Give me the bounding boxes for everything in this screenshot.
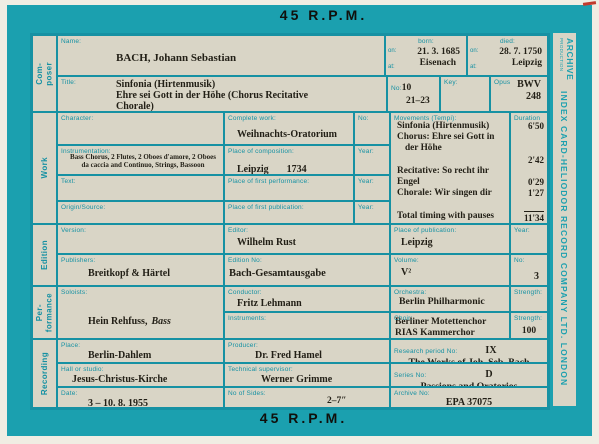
- instruments-label: Instruments:: [225, 313, 389, 323]
- technical-supervisor-value: Werner Grimme: [261, 374, 389, 385]
- no-of-sides-value: 2–7″: [327, 396, 389, 407]
- place-of-publication-label: Place of publication:: [391, 225, 509, 235]
- field-version: Version:: [57, 224, 224, 254]
- origin-source-label: Origin/Source:: [58, 202, 223, 212]
- title-label: Title:: [58, 77, 76, 87]
- composer-label-line2: poser: [45, 62, 55, 86]
- duration-row: 0'29: [511, 177, 544, 188]
- composer-section-label: Com- poser: [35, 62, 54, 86]
- soloist-name: Hein Rehfuss,: [88, 316, 147, 327]
- index-card: Com- poser Work Edition Per- formance Re…: [30, 33, 550, 410]
- opus-value-2: 248: [491, 91, 541, 102]
- field-complete-work: Complete work: Weihnachts-Oratorium: [224, 112, 354, 145]
- duration-row: [511, 166, 544, 177]
- died-at-label: at:: [470, 64, 477, 70]
- composer-label-line1: Com-: [35, 62, 45, 86]
- movement-row: Recitative: So recht ihr: [397, 166, 506, 177]
- field-place-of-composition: Place of composition: Leipzig 1734: [224, 145, 354, 175]
- archive-production-mark: ARCHIVE PRODUCTION: [558, 38, 575, 80]
- field-movements: Movements (Tempi): Sinfonia (Hirtenmusik…: [390, 112, 510, 224]
- key-label: Key:: [441, 77, 489, 87]
- choir-line-2: RIAS Kammerchor: [395, 328, 509, 339]
- performance-label-line1: Per-: [35, 293, 45, 332]
- section-edition: Edition: [32, 224, 57, 286]
- archive-index-card-page: 45 R.P.M. 45 R.P.M. Com- poser Work Edit…: [0, 0, 599, 444]
- field-opus: Opus BWV 248: [490, 76, 548, 112]
- performance-section-label: Per- formance: [35, 293, 54, 332]
- soloists-label: Soloists:: [58, 287, 87, 297]
- year-label-4: Year:: [511, 225, 547, 235]
- field-archive-no: Archive No: EPA 37075: [390, 387, 548, 408]
- field-character: Character:: [57, 112, 224, 145]
- complete-work-no-label: No:: [355, 113, 389, 123]
- conductor-value: Fritz Lehmann: [237, 298, 389, 309]
- recording-section-label: Recording: [40, 352, 50, 395]
- born-label: born:: [386, 36, 466, 46]
- field-conductor: Conductor: Fritz Lehmann: [224, 286, 390, 312]
- title-line-2: Ehre sei Gott in der Höhe (Chorus Recita…: [116, 90, 386, 101]
- edition-section-label: Edition: [40, 240, 50, 270]
- movement-row: Engel: [397, 177, 506, 188]
- field-year-1: Year:: [354, 145, 390, 175]
- field-research-period: Research period No: IX The Works of Joh.…: [390, 339, 548, 363]
- section-work: Work: [32, 112, 57, 224]
- research-period-label: Research period No:: [391, 346, 457, 356]
- orchestra-strength-label: Strength:: [511, 287, 547, 297]
- field-year-3: Year:: [354, 201, 390, 224]
- hall-studio-label: Hall or studio:: [58, 364, 223, 374]
- hall-studio-value: Jesus-Christus-Kirche: [72, 374, 223, 385]
- volume-label: Volume:: [391, 255, 509, 265]
- field-origin-source: Origin/Source:: [57, 201, 224, 224]
- field-place-of-publication: Place of publication: Leipzig: [390, 224, 510, 254]
- field-edition-no-right: No: 3: [510, 254, 548, 286]
- soloist-voice: Bass: [151, 316, 170, 327]
- born-at-label: at:: [388, 64, 395, 70]
- title-line-1: Sinfonia (Hirtenmusik): [116, 79, 386, 90]
- section-recording: Recording: [32, 339, 57, 408]
- publishers-label: Publishers:: [58, 255, 223, 265]
- rpm-label-top: 45 R.P.M.: [0, 7, 599, 23]
- died-label: died:: [468, 36, 547, 46]
- field-date: Date: 3 – 10. 8. 1955: [57, 387, 224, 408]
- work-no-value: 10: [402, 83, 412, 93]
- duration-row: 2'42: [511, 155, 544, 166]
- composition-year-value: 1734: [287, 164, 307, 175]
- orchestra-value: Berlin Philharmonic: [399, 297, 509, 308]
- producer-value: Dr. Fred Hamel: [255, 350, 389, 361]
- instrumentation-label: Instrumentation:: [58, 146, 111, 156]
- movements-label: Movements (Tempi):: [391, 113, 456, 123]
- place-of-publication-value: Leipzig: [401, 237, 509, 248]
- field-year-4: Year:: [510, 224, 548, 254]
- recording-place-label: Place:: [58, 340, 223, 350]
- recording-place-value: Berlin-Dahlem: [88, 350, 223, 361]
- movement-row: Chorale: Wir singen dir: [397, 188, 506, 199]
- producer-label: Producer:: [225, 340, 389, 350]
- field-choir: Choir: Berliner Motettenchor RIAS Kammer…: [390, 312, 510, 339]
- date-label: Date:: [58, 388, 223, 398]
- born-date: 21. 3. 1685: [386, 47, 460, 58]
- editor-value: Wilhelm Rust: [237, 237, 389, 248]
- technical-supervisor-label: Technical supervisor:: [225, 364, 389, 374]
- volume-value: V²: [401, 267, 509, 278]
- series-no: D: [485, 369, 492, 380]
- choir-strength-label: Strength:: [511, 313, 542, 323]
- field-choir-strength: Strength: 100: [510, 312, 548, 339]
- field-hall-studio: Hall or studio: Jesus-Christus-Kirche: [57, 363, 224, 387]
- year-label-2: Year:: [355, 176, 389, 186]
- complete-work-value: Weihnachts-Oratorium: [237, 129, 353, 140]
- year-label-3: Year:: [355, 202, 389, 212]
- movement-row: der Höhe: [397, 143, 506, 154]
- name-label: Name:: [58, 36, 384, 46]
- production-text: PRODUCTION: [558, 38, 565, 80]
- year-label-1: Year:: [355, 146, 389, 156]
- duration-row: [511, 143, 544, 154]
- place-of-composition-value: Leipzig: [237, 164, 269, 175]
- field-born: born: on: at: 21. 3. 1685 Eisenach: [385, 35, 467, 76]
- edition-right-no-label: No:: [511, 255, 547, 265]
- field-editor: Editor: Wilhelm Rust: [224, 224, 390, 254]
- field-work-no: No:10 21–23: [387, 76, 440, 112]
- field-key: Key:: [440, 76, 490, 112]
- field-edition-no: Edition No: Bach-Gesamtausgabe: [224, 254, 390, 286]
- edition-right-no-value: 3: [511, 271, 539, 282]
- field-first-performance: Place of first performance:: [224, 175, 354, 201]
- field-died: died: on: at: 28. 7. 1750 Leipzig: [467, 35, 548, 76]
- duration-row: 1'27: [511, 188, 544, 199]
- field-complete-work-no: No:: [354, 112, 390, 145]
- field-series: Series No: D Passions and Oratorios: [390, 363, 548, 387]
- field-no-of-sides: No of Sides: 2–7″: [224, 387, 390, 408]
- field-producer: Producer: Dr. Fred Hamel: [224, 339, 390, 363]
- field-duration: Duration 6'50 2'42 0'29 1'27 11'34: [510, 112, 548, 224]
- field-technical-supervisor: Technical supervisor: Werner Grimme: [224, 363, 390, 387]
- born-on-label: on:: [388, 48, 396, 54]
- field-soloists: Soloists: Hein Rehfuss, Bass: [57, 286, 224, 339]
- field-year-2: Year:: [354, 175, 390, 201]
- field-publishers: Publishers: Breitkopf & Härtel: [57, 254, 224, 286]
- composer-name: BACH, Johann Sebastian: [116, 52, 384, 64]
- opus-label: Opus: [491, 77, 510, 87]
- version-label: Version:: [58, 225, 223, 235]
- date-value: 3 – 10. 8. 1955: [88, 398, 223, 408]
- archive-no-value: EPA 37075: [391, 397, 547, 408]
- movement-row: [397, 155, 506, 166]
- right-edge-strip: ARCHIVE PRODUCTION INDEX CARD-HELIODOR R…: [553, 33, 576, 406]
- work-section-label: Work: [40, 157, 50, 178]
- title-line-3: Chorale): [116, 101, 386, 112]
- first-performance-label: Place of first performance:: [225, 176, 353, 186]
- movement-row: [397, 199, 506, 210]
- company-text: INDEX CARD-HELIODOR RECORD COMPANY LTD. …: [559, 91, 569, 386]
- archive-no-label: Archive No:: [391, 388, 430, 398]
- field-title: Title: Sinfonia (Hirtenmusik) Ehre sei G…: [57, 76, 387, 112]
- work-no-value-2: 21–23: [406, 96, 439, 107]
- duration-label: Duration: [511, 113, 540, 123]
- born-place: Eisenach: [386, 58, 456, 69]
- editor-label: Editor:: [225, 225, 389, 235]
- edition-no-label: Edition No:: [225, 255, 389, 265]
- field-name: Name: BACH, Johann Sebastian: [57, 35, 385, 76]
- choir-label: Choir:: [391, 313, 413, 323]
- duration-row: [511, 199, 544, 210]
- movement-total-row: Total timing with pauses: [397, 211, 506, 222]
- place-of-composition-label: Place of composition:: [225, 146, 353, 156]
- section-performance: Per- formance: [32, 286, 57, 339]
- duration-total: 11'34: [524, 211, 544, 224]
- field-orchestra-strength: Strength:: [510, 286, 548, 312]
- rpm-label-bottom: 45 R.P.M.: [0, 410, 599, 426]
- field-volume: Volume: V²: [390, 254, 510, 286]
- field-orchestra: Orchestra: Berlin Philharmonic: [390, 286, 510, 312]
- edition-no-value: Bach-Gesamtausgabe: [229, 268, 389, 280]
- died-on-label: on:: [470, 48, 478, 54]
- character-label: Character:: [58, 113, 223, 123]
- field-text: Text:: [57, 175, 224, 201]
- duration-row: [511, 132, 544, 143]
- first-publication-label: Place of first publication:: [225, 202, 353, 212]
- field-instruments: Instruments:: [224, 312, 390, 339]
- field-instrumentation: Instrumentation: Bass Chorus, 2 Flutes, …: [57, 145, 224, 175]
- died-date: 28. 7. 1750: [468, 47, 542, 58]
- movement-row: Chorus: Ehre sei Gott in: [397, 132, 506, 143]
- work-no-label: No:: [388, 83, 402, 93]
- section-composer: Com- poser: [32, 35, 57, 112]
- conductor-label: Conductor:: [225, 287, 389, 297]
- text-label: Text:: [58, 176, 223, 186]
- complete-work-label: Complete work:: [225, 113, 353, 123]
- performance-label-line2: formance: [45, 293, 55, 332]
- field-recording-place: Place: Berlin-Dahlem: [57, 339, 224, 363]
- field-first-publication: Place of first publication:: [224, 201, 354, 224]
- died-place: Leipzig: [468, 58, 542, 69]
- series-label: Series No:: [391, 370, 426, 380]
- publishers-value: Breitkopf & Härtel: [88, 268, 223, 279]
- research-period-no: IX: [485, 345, 496, 356]
- choir-strength-value: 100: [511, 326, 547, 337]
- archive-text: ARCHIVE: [565, 38, 575, 80]
